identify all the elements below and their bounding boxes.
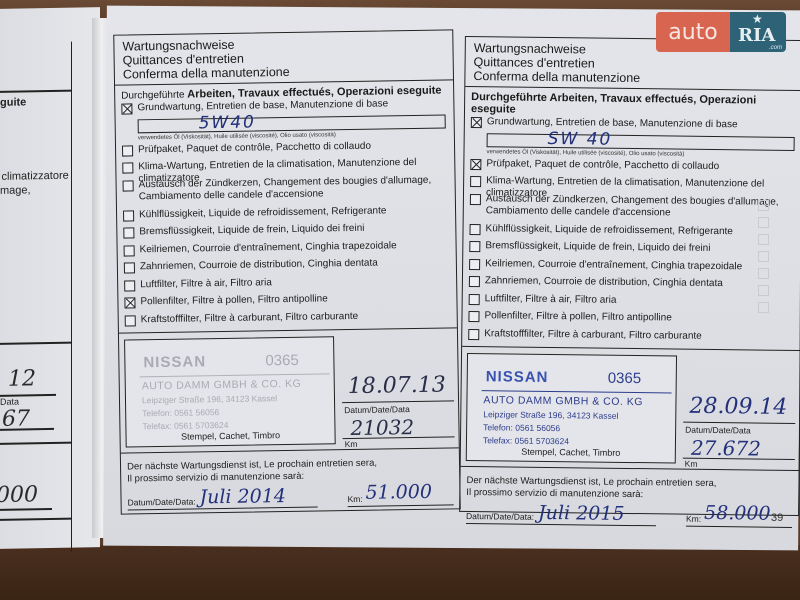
checklist-item-label: Luftfilter, Filtre à air, Filtro aria [140,276,272,291]
handwritten-next-km: 51.000 [365,481,432,504]
checkbox-icon[interactable] [122,162,133,173]
checklist-item-label: Prüfpaket, Paquet de contrôle, Pacchetto… [138,139,371,156]
checkbox-icon[interactable] [469,276,480,287]
next-km-line [348,504,454,507]
next-service: Der nächste Wartungsdienst ist, Le proch… [460,466,799,540]
checkbox-icon[interactable] [123,180,134,191]
checklist-item-label: Bremsflüssigkeit, Liquide de frein, Liqu… [485,239,710,255]
stamp-number: 0365 [608,370,642,387]
handwritten-next-date: Juli 2014 [199,485,286,508]
checklist-item-label: Luftfilter, Filtre à air, Filtro aria [485,292,617,307]
checkbox-icon[interactable] [125,315,136,326]
stamp-phone: Telefon: 0561 56056 [483,422,560,433]
checklist-item-label: Grundwartung, Entretien de base, Manuten… [137,97,388,114]
divider [0,442,72,445]
stamp-fax: Telefax: 0561 5703624 [483,435,569,446]
next-service: Der nächste Wartungsdienst ist, Le proch… [121,447,460,522]
checkbox-icon[interactable] [122,145,133,156]
handwritten-next-km: 000 [0,482,38,508]
checklist: Grundwartung, Entretien de base, Manuten… [462,115,800,348]
checked-box-icon[interactable] [470,159,481,170]
form-header: Wartungsnachweise Quittances d'entretien… [114,30,453,85]
stamp-caption: Stempel, Cachet, Timbro [467,446,675,459]
date-label: Datum/Date/Data [685,425,751,436]
checklist-item-label: Keilriemen, Courroie d'entraînement, Cin… [140,239,397,256]
checkbox-icon[interactable] [124,245,135,256]
checked-box-icon[interactable] [121,103,132,114]
checkbox-icon[interactable] [123,227,134,238]
date-km-area: 18.07.13 Datum/Date/Data 21032 Km [341,328,455,450]
autoria-watermark: auto ★ RIA .com [656,12,786,52]
checkbox-icon[interactable] [468,329,479,340]
checkbox-icon[interactable] [469,224,480,235]
dealer-stamp: NISSAN 0365 AUTO DAMM GMBH & CO. KG Leip… [466,353,677,464]
stamp-rule [140,373,330,377]
handwritten-km: 27.672 [691,436,761,461]
logo-com-text: .com [769,45,782,51]
stamp-caption: Stempel, Cachet, Timbro [127,429,335,442]
checklist-item-label: Kraftstofffilter, Filtre à carburant, Fi… [141,309,359,325]
partial-text: l climatizzatore [0,170,69,183]
wooden-table-bottom [0,545,800,600]
stamp-brand: NISSAN [143,353,206,371]
handwritten-date: 18.07.13 [348,373,446,400]
dealer-stamp: NISSAN 0365 AUTO DAMM GMBH & CO. KG Leip… [124,336,336,447]
stamp-company: AUTO DAMM GMBH & CO. KG [142,378,302,393]
checkbox-icon[interactable] [470,194,481,205]
checklist-item-label: Kühlflüssigkeit, Liquide de refroidissem… [485,222,732,238]
next-date-label: Datum/Date/Data: [128,496,196,507]
checklist-item-label: Kühlflüssigkeit, Liquide de refroidissem… [139,204,387,221]
checklist-item-label: Keilriemen, Courroie d'entraînement, Cin… [485,257,742,273]
logo-auto-text: auto [656,12,730,52]
stamp-phone: Telefon: 0561 56056 [142,407,219,418]
handwritten-date: 28.09.14 [689,394,787,420]
handwritten-oil: 5W40 [198,112,256,133]
star-icon: ★ [752,12,763,26]
stamp-brand: NISSAN [486,368,549,386]
checklist-item-label: Austausch der Zündkerzen, Changement des… [139,173,449,203]
logo-ria-text: RIA [738,25,775,46]
header-line-it: Conferma della manutenzione [473,69,795,87]
handwritten-next-km: 58.000 [704,502,771,525]
date-km-area: 28.09.14 Datum/Date/Data 27.672 Km [683,350,796,471]
next-km-line [686,526,792,528]
next-date-label: Datum/Date/Data: [466,511,534,522]
stamp-address: Leipziger Straße 196, 34123 Kassel [483,409,618,421]
checkbox-icon[interactable] [469,241,480,252]
checklist: Grundwartung, Entretien de base, Manuten… [115,96,457,330]
checklist-item-label: Kraftstofffilter, Filtre à carburant, Fi… [484,327,702,343]
date-label: Datum/Date/Data [344,404,410,415]
left-page: guite l climatizzatore mage, 12 Data 67 … [0,7,100,549]
stamp-fax: Telefax: 0561 5703624 [142,420,228,431]
stamp-number: 0365 [265,352,299,370]
checkbox-icon[interactable] [470,176,481,187]
stamp-address: Leipziger Straße 196, 34123 Kassel [142,393,277,405]
page-number: 39 [771,512,783,524]
divider [0,518,72,521]
left-partial-form: guite l climatizzatore mage, 12 Data 67 … [0,42,72,553]
checklist-item-label: Pollenfilter, Filtre à pollen, Filtro an… [140,292,328,308]
checked-box-icon[interactable] [471,117,482,128]
checkbox-icon[interactable] [469,259,480,270]
checklist-item-label: Bremsflüssigkeit, Liquide de frein, Liqu… [139,222,364,239]
checked-box-icon[interactable] [124,297,135,308]
checklist-item-label: Zahnriemen, Courroie de distribution, Ci… [485,274,723,290]
partial-text: guite [0,96,26,108]
date-line [342,400,454,403]
bleed-through-boxes [758,200,772,319]
work-done-title: Durchgeführte Arbeiten, Travaux effectué… [465,87,800,119]
divider [0,90,72,93]
checkbox-icon[interactable] [124,262,135,273]
checklist-item-label: Pollenfilter, Filtre à pollen, Filtro an… [484,309,671,324]
checklist-item-label: Austausch der Zündkerzen, Changement des… [486,192,796,221]
handwritten-oil: SW 40 [548,128,613,149]
divider [0,342,72,345]
stamp-company: AUTO DAMM GMBH & CO. KG [483,394,643,408]
km-label: Km [685,459,698,469]
checklist-item-label: Zahnriemen, Courroie de distribution, Ci… [140,257,378,274]
maintenance-record-1: Wartungsnachweise Quittances d'entretien… [113,29,460,514]
next-km-label: Km: [686,514,701,524]
next-km-label: Km: [347,494,362,504]
handwritten-next-date: Juli 2015 [538,502,625,525]
checklist-item: Austausch der Zündkerzen, Changement des… [464,191,800,225]
stamp-row: NISSAN 0365 AUTO DAMM GMBH & CO. KG Leip… [119,327,459,452]
partial-text: mage, [0,184,31,197]
handwritten-date: 12 [8,366,36,391]
checkbox-icon[interactable] [123,210,134,221]
checkbox-icon[interactable] [468,311,479,322]
next-service-fields: Datum/Date/Data: Juli 2014 Km: 51.000 [127,486,453,513]
next-service-fields: Datum/Date/Data: Juli 2015 Km: 58.000 [466,505,792,531]
checkbox-icon[interactable] [469,294,480,305]
km-label: Km [345,439,358,449]
stamp-row: NISSAN 0365 AUTO DAMM GMBH & CO. KG Leip… [461,346,800,470]
logo-ria: ★ RIA .com [730,12,786,52]
date-label: Data [0,397,19,407]
maintenance-record-2: Wartungsnachweise Quittances d'entretien… [459,36,800,516]
checkbox-icon[interactable] [124,280,135,291]
stamp-rule [482,390,672,393]
next-km-line [0,508,52,510]
checklist-item-label: Prüfpaket, Paquet de contrôle, Pacchetto… [486,157,719,173]
checklist-item: Kraftstofffilter, Filtre à carburant, Fi… [462,326,800,348]
